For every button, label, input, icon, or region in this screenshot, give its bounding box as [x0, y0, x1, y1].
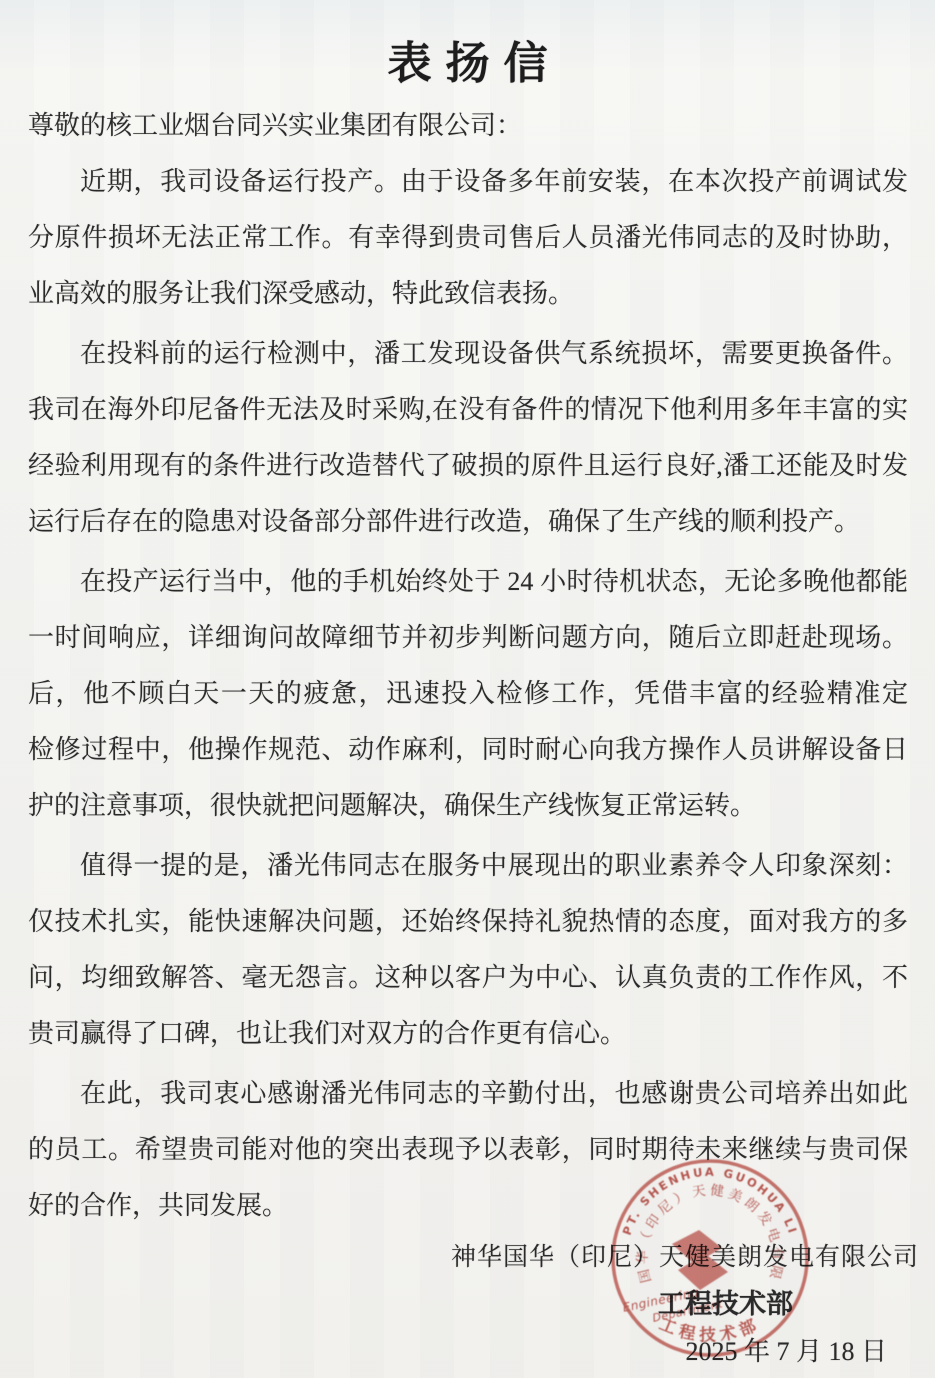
- stamp-center-emblem-icon: [672, 1230, 728, 1290]
- text-line: 近期，我司设备运行投产。由于设备多年前安装，在本次投产前调试发现部: [28, 154, 908, 210]
- stamp-bottom-text-cn: 工程技术部: [657, 1313, 764, 1344]
- text-line: 检修过程中，他操作规范、动作麻利，同时耐心向我方操作人员讲解设备日常维: [28, 722, 908, 778]
- paragraph: 近期，我司设备运行投产。由于设备多年前安装，在本次投产前调试发现部分原件损坏无法…: [28, 154, 908, 322]
- paragraph: 值得一提的是，潘光伟同志在服务中展现出的职业素养令人印象深刻：他不仅技术扎实，能…: [28, 838, 908, 1062]
- text-line: 一时间响应，详细询问故障细节并初步判断问题方向，随后立即赶赴现场。到达: [28, 610, 908, 666]
- text-line: 我司在海外印尼备件无法及时采购,在没有备件的情况下他利用多年丰富的实操: [28, 382, 908, 438]
- text-line: 在投料前的运行检测中，潘工发现设备供气系统损坏，需要更换备件。由于: [28, 326, 908, 382]
- text-line: 经验利用现有的条件进行改造替代了破损的原件且运行良好,潘工还能及时发现: [28, 438, 908, 494]
- text-line: 贵司赢得了口碑，也让我们对双方的合作更有信心。: [28, 1006, 908, 1062]
- stamp-arc-text-en: PT. SHENHUA GUOHUA LI: [620, 1165, 801, 1237]
- svg-text:PT. SHENHUA GUOHUA LI: PT. SHENHUA GUOHUA LI: [620, 1165, 801, 1237]
- text-line: 后，他不顾白天一天的疲惫，迅速投入检修工作，凭借丰富的经验精准定位。在: [28, 666, 908, 722]
- text-line: 业高效的服务让我们深受感动，特此致信表扬。: [28, 266, 908, 322]
- text-line: 仅技术扎实，能快速解决问题，还始终保持礼貌热情的态度，面对我方的多次询: [28, 894, 908, 950]
- commendation-letter-page: 表扬信 尊敬的核工业烟台同兴实业集团有限公司： 近期，我司设备运行投产。由于设备…: [0, 0, 935, 1378]
- text-line: 在此，我司衷心感谢潘光伟同志的辛勤付出，也感谢贵公司培养出如此优秀: [28, 1066, 908, 1122]
- paragraph: 在投产运行当中，他的手机始终处于 24 小时待机状态，无论多晚他都能第一时间响应…: [28, 554, 908, 834]
- text-line: 值得一提的是，潘光伟同志在服务中展现出的职业素养令人印象深刻：他不: [28, 838, 908, 894]
- letter-title: 表扬信: [0, 0, 935, 92]
- letter-body: 近期，我司设备运行投产。由于设备多年前安装，在本次投产前调试发现部分原件损坏无法…: [28, 154, 908, 1234]
- greeting-line: 尊敬的核工业烟台同兴实业集团有限公司：: [28, 100, 907, 152]
- company-seal-stamp-icon: PT. SHENHUA GUOHUA LI 神华国华（印尼）天健美朗发电有限公司…: [600, 1152, 820, 1364]
- svg-text:工程技术部: 工程技术部: [657, 1313, 764, 1344]
- text-line: 问，均细致解答、毫无怨言。这种以客户为中心、认真负责的工作作风，不仅为: [28, 950, 908, 1006]
- text-line: 在投产运行当中，他的手机始终处于 24 小时待机状态，无论多晚他都能第: [28, 554, 908, 610]
- text-line: 护的注意事项，很快就把问题解决，确保生产线恢复正常运转。: [28, 778, 908, 834]
- paragraph: 在投料前的运行检测中，潘工发现设备供气系统损坏，需要更换备件。由于我司在海外印尼…: [28, 326, 908, 550]
- text-line: 分原件损坏无法正常工作。有幸得到贵司售后人员潘光伟同志的及时协助，其专: [28, 210, 908, 266]
- text-line: 运行后存在的隐患对设备部分部件进行改造，确保了生产线的顺利投产。: [28, 494, 908, 550]
